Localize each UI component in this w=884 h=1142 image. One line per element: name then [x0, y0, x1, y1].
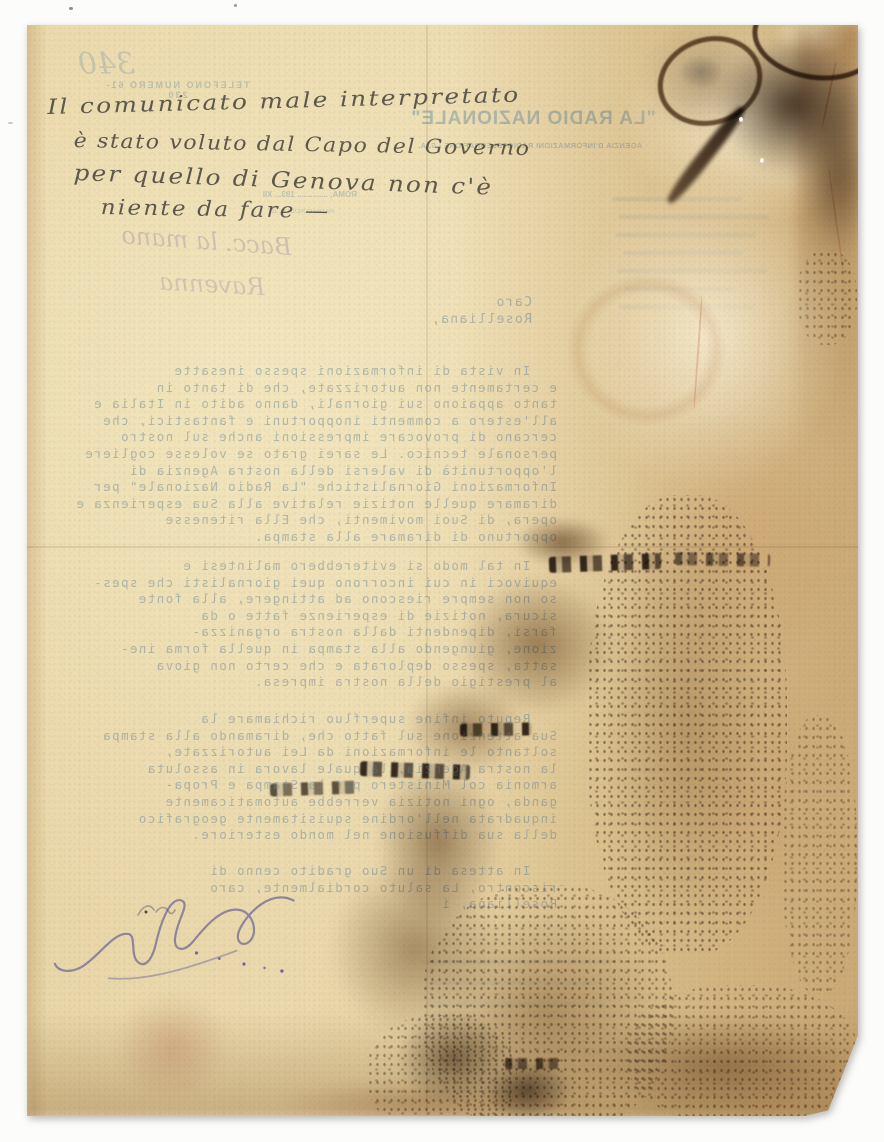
- dust-speck: [8, 122, 13, 124]
- burn-hole-center: [679, 55, 723, 89]
- scanned-document-page: 340 TELEFONO NUMERO 61-230 "LA RADIO NAZ…: [0, 0, 884, 1142]
- crease-horizontal: [27, 546, 858, 548]
- age-tone-left-edge: [27, 25, 47, 1116]
- bleedthrough-purple-note-line2: Ravenna: [64, 263, 265, 301]
- paper-sheet-wrap: 340 TELEFONO NUMERO 61-230 "LA RADIO NAZ…: [27, 25, 858, 1116]
- bleedthrough-number: 340: [79, 47, 135, 82]
- center-stain-blob: [515, 517, 610, 567]
- bleedthrough-purple-note-line1: Bacc. la mano: [56, 217, 292, 261]
- center-stain-column: [603, 505, 763, 935]
- annotation-mark: [135, 899, 177, 923]
- burn-edge-wash: [797, 25, 858, 455]
- burn-glint: [760, 158, 764, 163]
- signature-bleedthrough: [41, 878, 312, 1001]
- dust-speck: [234, 4, 237, 7]
- handwritten-annotation-line4: niente da fare —: [101, 195, 331, 223]
- paper-sheet: 340 TELEFONO NUMERO 61-230 "LA RADIO NAZ…: [27, 25, 858, 1116]
- pink-smudge: [115, 990, 230, 1100]
- center-stain-blob: [405, 680, 525, 775]
- bottom-age-blob: [587, 1015, 858, 1115]
- burn-glint: [739, 117, 743, 122]
- dust-speck: [69, 7, 73, 10]
